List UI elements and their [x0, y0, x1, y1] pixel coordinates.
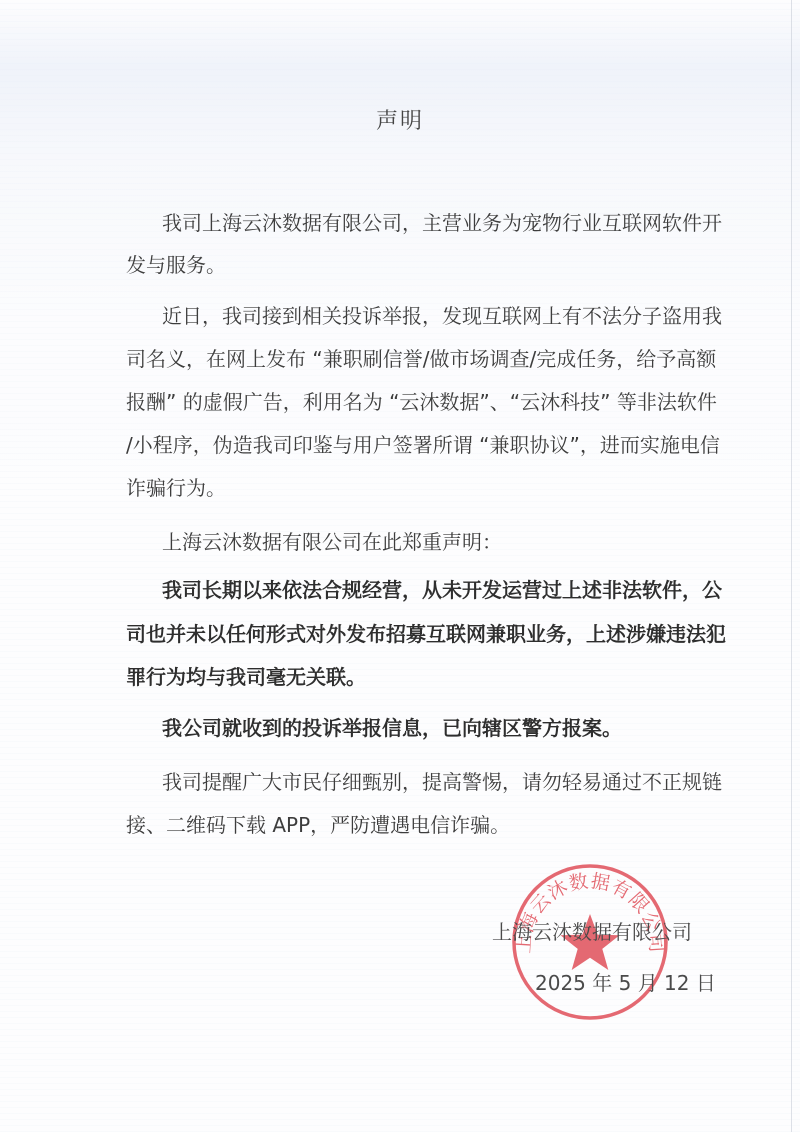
paragraph-3-line-1: 上海云沐数据有限公司在此郑重声明：	[162, 530, 502, 554]
signature-company: 上海云沐数据有限公司	[492, 920, 692, 944]
page-edge	[791, 0, 792, 1132]
paragraph-2-line-2: 司名义，在网上发布 “兼职刷信誉/做市场调查/完成任务，给予高额	[126, 347, 716, 371]
paragraph-1-line-1: 我司上海云沐数据有限公司，主营业务为宠物行业互联网软件开	[162, 211, 722, 235]
paragraph-2-line-5: 诈骗行为。	[126, 476, 226, 500]
paragraph-6-line-1: 我司提醒广大市民仔细甄别，提高警惕，请勿轻易通过不正规链	[162, 770, 722, 794]
signature-date: 2025 年 5 月 12 日	[535, 971, 716, 995]
scan-background	[0, 0, 800, 1132]
paragraph-2-line-1: 近日，我司接到相关投诉举报，发现互联网上有不法分子盗用我	[162, 304, 722, 328]
paragraph-5-line-1: 我公司就收到的投诉举报信息，已向辖区警方报案。	[162, 716, 622, 740]
paragraph-2-line-3: 报酬” 的虚假广告，利用名为 “云沐数据”、“云沐科技” 等非法软件	[126, 390, 717, 414]
paragraph-1-line-2: 发与服务。	[126, 253, 226, 277]
paragraph-4-line-1: 我司长期以来依法合规经营，从未开发运营过上述非法软件，公	[162, 578, 722, 602]
paragraph-2-line-4: /小程序，伪造我司印鉴与用户签署所谓 “兼职协议”，进而实施电信	[126, 433, 720, 457]
paragraph-4-line-3: 罪行为均与我司毫无关联。	[126, 665, 366, 689]
paragraph-4-line-2: 司也并未以任何形式对外发布招募互联网兼职业务，上述涉嫌违法犯	[126, 622, 726, 646]
paragraph-6-line-2: 接、二维码下载 APP，严防遭遇电信诈骗。	[126, 813, 510, 837]
document-title: 声明	[0, 104, 800, 135]
